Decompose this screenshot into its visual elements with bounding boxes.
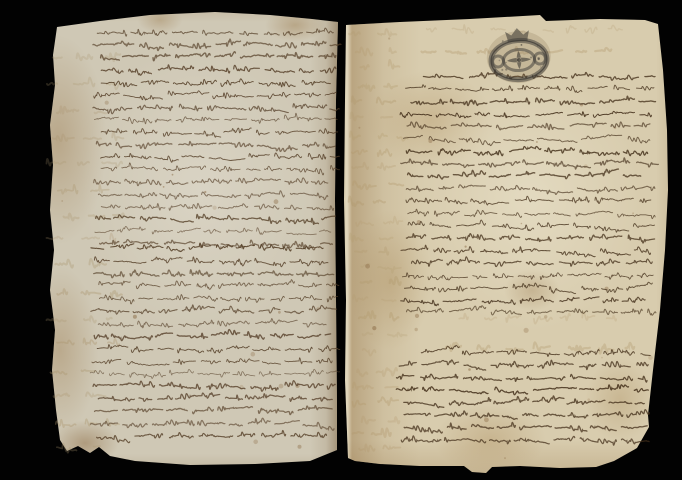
manuscript-scan [0,0,682,480]
bleedthrough-left [46,53,124,453]
left-page-handwriting [90,28,341,443]
handwriting-overlay [0,0,682,480]
right-page-handwriting [396,71,658,446]
